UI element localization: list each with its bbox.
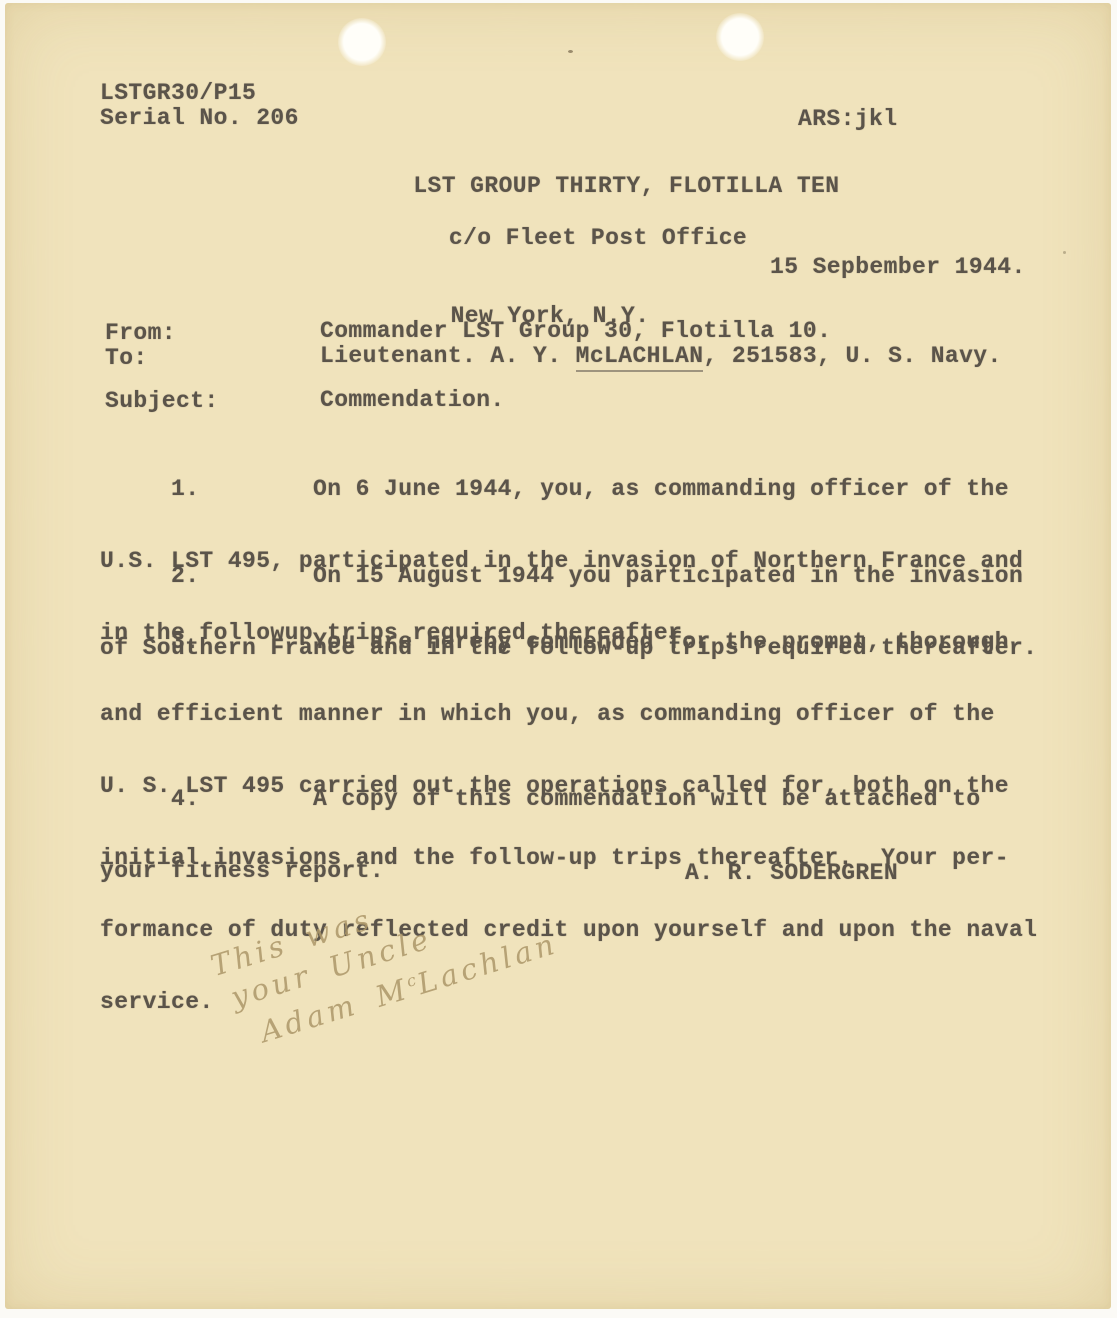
to-service-number: , 251583, U. S. Navy. xyxy=(703,343,1001,369)
to-rank: Lieutenant. A. Y. xyxy=(320,343,576,369)
letterhead-address: c/o Fleet Post Office xyxy=(315,225,881,251)
to-label: To: xyxy=(105,346,148,371)
subject-label: Subject: xyxy=(105,389,219,414)
paper-speck xyxy=(1063,251,1066,254)
from-label: From: xyxy=(105,321,176,346)
to-value: Lieutenant. A. Y. McLACHLAN, 251583, U. … xyxy=(320,344,1002,369)
date-line: 15 Sepbember 1944. xyxy=(770,255,1026,280)
subject-value: Commendation. xyxy=(320,388,505,413)
to-surname-underlined: McLACHLAN xyxy=(576,343,704,372)
letter-paper: LSTGR30/P15 Serial No. 206 ARS:jkl LST G… xyxy=(5,3,1111,1309)
typist-initials: ARS:jkl xyxy=(798,107,897,132)
paragraph-3-line-2: and efficient manner in which you, as co… xyxy=(100,702,1037,726)
punch-hole-right xyxy=(716,13,764,61)
paragraph-1-line-1: 1. On 6 June 1944, you, as commanding of… xyxy=(100,477,1023,501)
paragraph-4-line-1: 4. A copy of this commendation will be a… xyxy=(100,787,981,811)
scanned-letter-page: { "page": { "paper_color": "#f0e3bc", "i… xyxy=(0,0,1117,1318)
paper-speck xyxy=(568,50,573,53)
serial-number: Serial No. 206 xyxy=(100,106,299,131)
from-value: Commander LST Group 30, Flotilla 10. xyxy=(320,319,831,344)
signature-name: A. R. SODERGREN xyxy=(685,861,898,886)
punch-hole-left xyxy=(338,18,386,66)
file-reference: LSTGR30/P15 xyxy=(100,81,256,106)
letterhead-unit: LST GROUP THIRTY, FLOTILLA TEN xyxy=(413,173,839,199)
paragraph-3-line-1: 3. You are hereby commended for the prom… xyxy=(100,630,1037,654)
